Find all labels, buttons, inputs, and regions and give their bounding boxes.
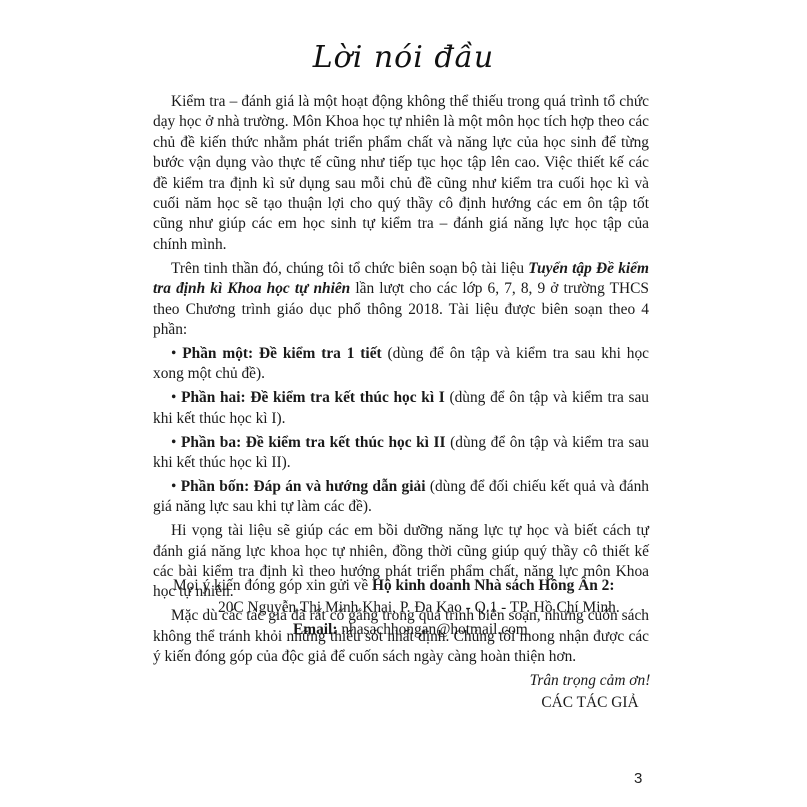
bullet-heading: Phần một: Đề kiểm tra 1 tiết bbox=[182, 345, 381, 362]
book-page: Lời nói đầu Kiểm tra – đánh giá là một h… bbox=[0, 0, 807, 807]
bullet-icon: • bbox=[171, 434, 176, 451]
email-label: Email: bbox=[293, 621, 337, 638]
bullet-icon: • bbox=[171, 389, 176, 406]
bullet-icon: • bbox=[171, 345, 176, 362]
signoff-block: Trân trọng cảm ơn! CÁC TÁC GIẢ bbox=[520, 670, 660, 714]
authors-signature: CÁC TÁC GIẢ bbox=[520, 692, 660, 714]
bullet-item: • Phần ba: Đề kiểm tra kết thúc học kì I… bbox=[153, 433, 649, 474]
bullet-heading: Phần hai: Đề kiểm tra kết thúc học kì I bbox=[181, 389, 445, 406]
email-line: Email: nhasachhongan@hotmail.com bbox=[153, 619, 649, 641]
paragraph-purpose: Trên tinh thần đó, chúng tôi tổ chức biê… bbox=[153, 259, 649, 341]
paragraph-intro: Kiểm tra – đánh giá là một hoạt động khô… bbox=[153, 92, 649, 255]
bullet-item: • Phần hai: Đề kiểm tra kết thúc học kì … bbox=[153, 388, 649, 429]
contact-intro: Mọi ý kiến đóng góp xin gửi về bbox=[173, 577, 372, 594]
paragraph-text: Trên tinh thần đó, chúng tôi tổ chức biê… bbox=[171, 260, 528, 277]
bullet-item: • Phần bốn: Đáp án và hướng dẫn giải (dù… bbox=[153, 477, 649, 518]
bullet-item: • Phần một: Đề kiểm tra 1 tiết (dùng để … bbox=[153, 344, 649, 385]
email-address: nhasachhongan@hotmail.com bbox=[337, 621, 527, 638]
page-title: Lời nói đầu bbox=[0, 40, 807, 75]
contact-intro-line: Mọi ý kiến đóng góp xin gửi về Hộ kinh d… bbox=[153, 575, 649, 597]
thanks-text: Trân trọng cảm ơn! bbox=[520, 670, 660, 692]
page-number: 3 bbox=[634, 770, 642, 787]
publisher-name: Hộ kinh doanh Nhà sách Hồng Ân 2: bbox=[372, 577, 615, 594]
publisher-address: 20C Nguyễn Thị Minh Khai, P. Đa Kao - Q.… bbox=[153, 597, 649, 619]
contact-block: Mọi ý kiến đóng góp xin gửi về Hộ kinh d… bbox=[153, 575, 649, 641]
bullet-heading: Phần bốn: Đáp án và hướng dẫn giải bbox=[181, 478, 426, 495]
bullet-heading: Phần ba: Đề kiểm tra kết thúc học kì II bbox=[181, 434, 446, 451]
bullet-icon: • bbox=[171, 478, 176, 495]
